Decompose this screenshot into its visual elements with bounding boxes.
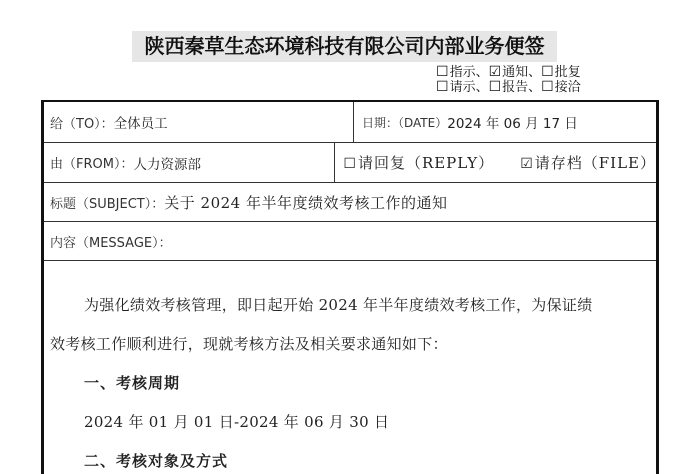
memo-form: 给（TO）： 全体员工 日期：（DATE） 2024 年 06 月 17 日 由… (41, 100, 659, 474)
flag-notice[interactable]: ☑通知、 (489, 65, 542, 80)
checkbox-icon: ☐ (541, 64, 554, 80)
section-text-period: 2024 年 01 月 01 日-2024 年 06 月 30 日 (84, 411, 690, 432)
row-from-options: 由（FROM）： 人力资源部 ☐请回复（REPLY） ☑请存档（FILE） (44, 143, 656, 183)
date-cell: 日期：（DATE） 2024 年 06 月 17 日 (354, 102, 656, 142)
memo-page: 陕西秦草生态环境科技有限公司内部业务便签 ☐指示、☑通知、☐批复 ☐请示、☐报告… (0, 0, 698, 474)
checkbox-icon: ☐ (436, 64, 449, 80)
row-subject: 标题（SUBJECT）： 关于 2024 年半年度绩效考核工作的通知 (44, 183, 656, 222)
from-cell: 由（FROM）： 人力资源部 (44, 143, 335, 182)
date-value: 2024 年 06 月 17 日 (447, 112, 578, 132)
flag-liaison[interactable]: ☐接洽 (541, 80, 581, 95)
memo-type-flags: ☐指示、☑通知、☐批复 ☐请示、☐报告、☐接洽 (436, 65, 581, 95)
message-label: 内容（MESSAGE）： (50, 232, 172, 251)
to-label: 给（TO）： (50, 113, 114, 132)
to-cell: 给（TO）： 全体员工 (44, 102, 354, 142)
body-paragraph-line-1: 为强化绩效考核管理，即日起开始 2024 年半年度绩效考核工作，为保证绩 (84, 294, 690, 315)
options-cell: ☐请回复（REPLY） ☑请存档（FILE） (335, 143, 656, 182)
subject-cell: 标题（SUBJECT）： 关于 2024 年半年度绩效考核工作的通知 (44, 183, 447, 221)
flag-report[interactable]: ☐报告、 (489, 80, 542, 95)
to-value: 全体员工 (114, 112, 168, 132)
subject-value: 关于 2024 年半年度绩效考核工作的通知 (164, 192, 447, 213)
body-paragraph-line-2: 效考核工作顺利进行，现就考核方法及相关要求通知如下： (50, 333, 656, 354)
flag-approval[interactable]: ☐批复 (541, 65, 581, 80)
subject-label: 标题（SUBJECT）： (50, 193, 164, 212)
date-label: 日期：（DATE） (362, 114, 447, 131)
message-cell: 内容（MESSAGE）： (44, 222, 172, 260)
checkbox-checked-icon: ☑ (520, 156, 534, 172)
checkbox-icon: ☐ (343, 156, 357, 172)
section-heading-period: 一、考核周期 (84, 372, 690, 393)
flags-row-1: ☐指示、☑通知、☐批复 (436, 65, 581, 80)
from-label: 由（FROM）： (50, 153, 133, 172)
flag-instruction[interactable]: ☐指示、 (436, 65, 489, 80)
row-to-date: 给（TO）： 全体员工 日期：（DATE） 2024 年 06 月 17 日 (44, 102, 656, 143)
section-heading-targets: 二、考核对象及方式 (84, 450, 690, 471)
memo-title: 陕西秦草生态环境科技有限公司内部业务便签 (132, 31, 557, 62)
row-message: 内容（MESSAGE）： (44, 222, 656, 261)
checkbox-icon: ☐ (489, 79, 502, 95)
file-option[interactable]: ☑请存档（FILE） (520, 152, 656, 173)
reply-option[interactable]: ☐请回复（REPLY） (343, 152, 494, 173)
flags-row-2: ☐请示、☐报告、☐接洽 (436, 80, 581, 95)
from-value: 人力资源部 (133, 153, 201, 173)
flag-request[interactable]: ☐请示、 (436, 80, 489, 95)
checkbox-icon: ☐ (541, 79, 554, 95)
checkbox-checked-icon: ☑ (489, 64, 502, 80)
checkbox-icon: ☐ (436, 79, 449, 95)
